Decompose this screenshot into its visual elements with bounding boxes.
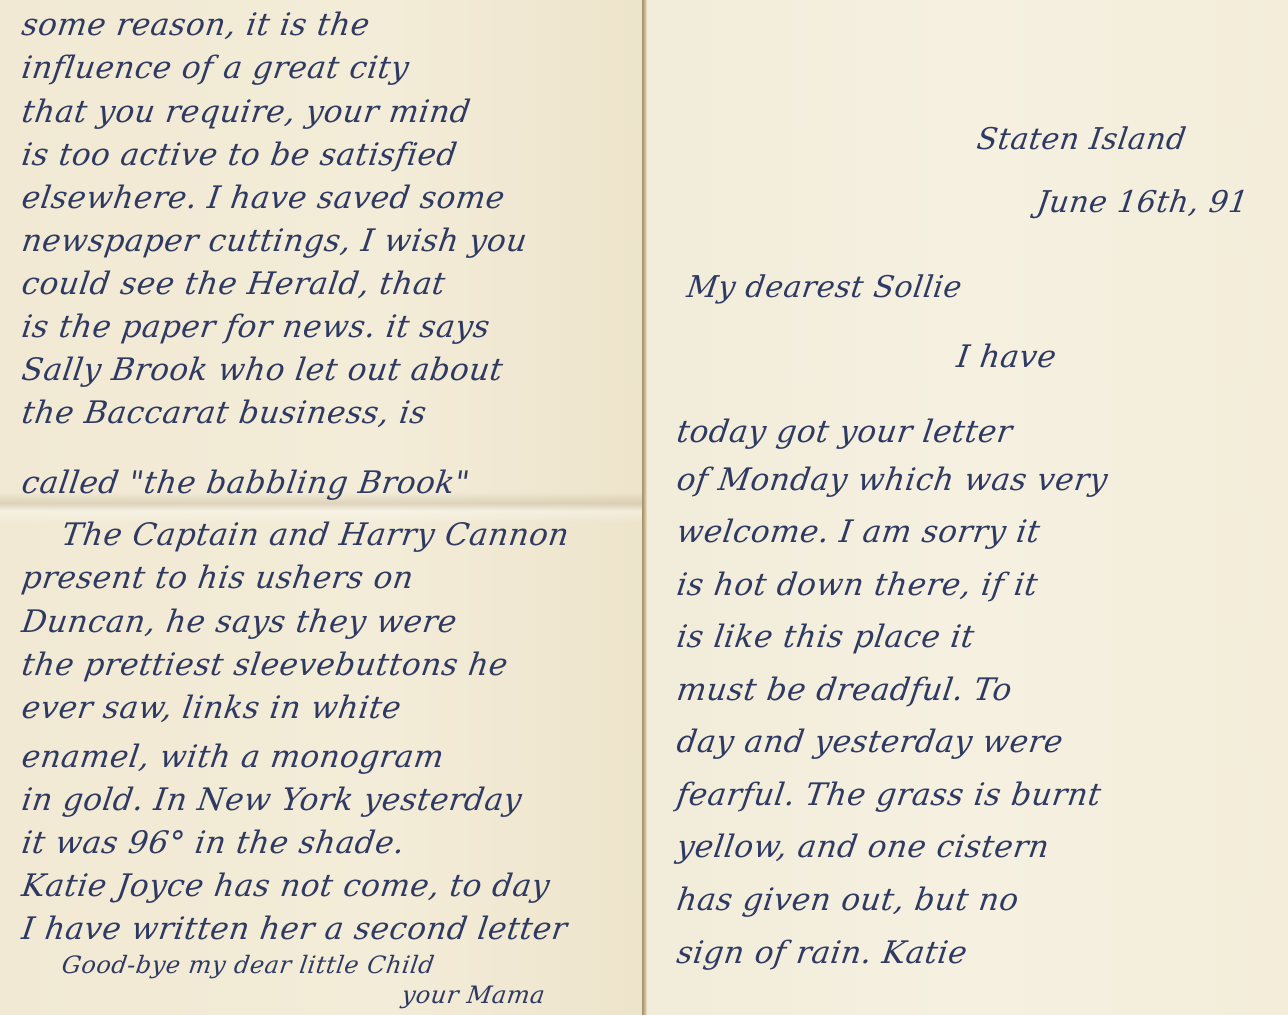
letter-line: could see the Herald, that [19, 264, 448, 304]
letter-line: some reason, it is the [19, 5, 372, 45]
letter-place: Staten Island [974, 120, 1189, 160]
letter-line: I have written her a second letter [19, 909, 570, 949]
letter-line: the prettiest sleevebuttons he [19, 645, 510, 685]
letter-line: elsewhere. I have saved some [19, 178, 507, 218]
letter-line: is the paper for news. it says [19, 307, 492, 347]
letter-line: that you require, your mind [19, 92, 473, 132]
letter-line: is like this place it [674, 617, 977, 657]
letter-page-left: some reason, it is the influence of a gr… [0, 0, 643, 1015]
letter-line: is hot down there, if it [674, 565, 1040, 605]
letter-line: of Monday which was very [674, 460, 1110, 500]
letter-date: June 16th, 91 [1034, 183, 1251, 223]
letter-line: newspaper cuttings, I wish you [19, 221, 530, 261]
letter-signature: your Mama [399, 975, 548, 1015]
letter-line: it was 96° in the shade. [19, 823, 407, 863]
letter-line: must be dreadful. To [674, 670, 1015, 710]
letter-closing: Good-bye my dear little Child [59, 945, 437, 985]
letter-line: day and yesterday were [674, 722, 1066, 762]
letter-line: I have [954, 337, 1059, 377]
letter-line: sign of rain. Katie [674, 933, 970, 973]
letter-line: has given out, but no [674, 880, 1021, 920]
letter-line: present to his ushers on [19, 558, 416, 598]
letter-line: welcome. I am sorry it [674, 512, 1043, 552]
letter-line: yellow, and one cistern [674, 827, 1052, 867]
letter-line: fearful. The grass is burnt [674, 775, 1104, 815]
letter-line: is too active to be satisfied [19, 135, 460, 175]
letter-line: Katie Joyce has not come, to day [19, 866, 552, 906]
letter-line: enamel, with a monogram [19, 737, 447, 777]
letter-line: Duncan, he says they were [19, 602, 459, 642]
letter-page-right: Staten Island June 16th, 91 My dearest S… [647, 0, 1288, 1015]
letter-line: Sally Brook who let out about [19, 350, 506, 390]
letter-line: in gold. In New York yesterday [19, 780, 524, 820]
letter-line: today got your letter [674, 412, 1015, 452]
letter-line: the Baccarat business, is [19, 393, 429, 433]
letter-line: called "the babbling Brook" [19, 463, 472, 503]
letter-line: ever saw, links in white [19, 688, 404, 728]
letter-salutation: My dearest Sollie [684, 268, 964, 308]
letter-line: The Captain and Harry Cannon [59, 515, 572, 555]
letter-line: influence of a great city [19, 48, 412, 88]
